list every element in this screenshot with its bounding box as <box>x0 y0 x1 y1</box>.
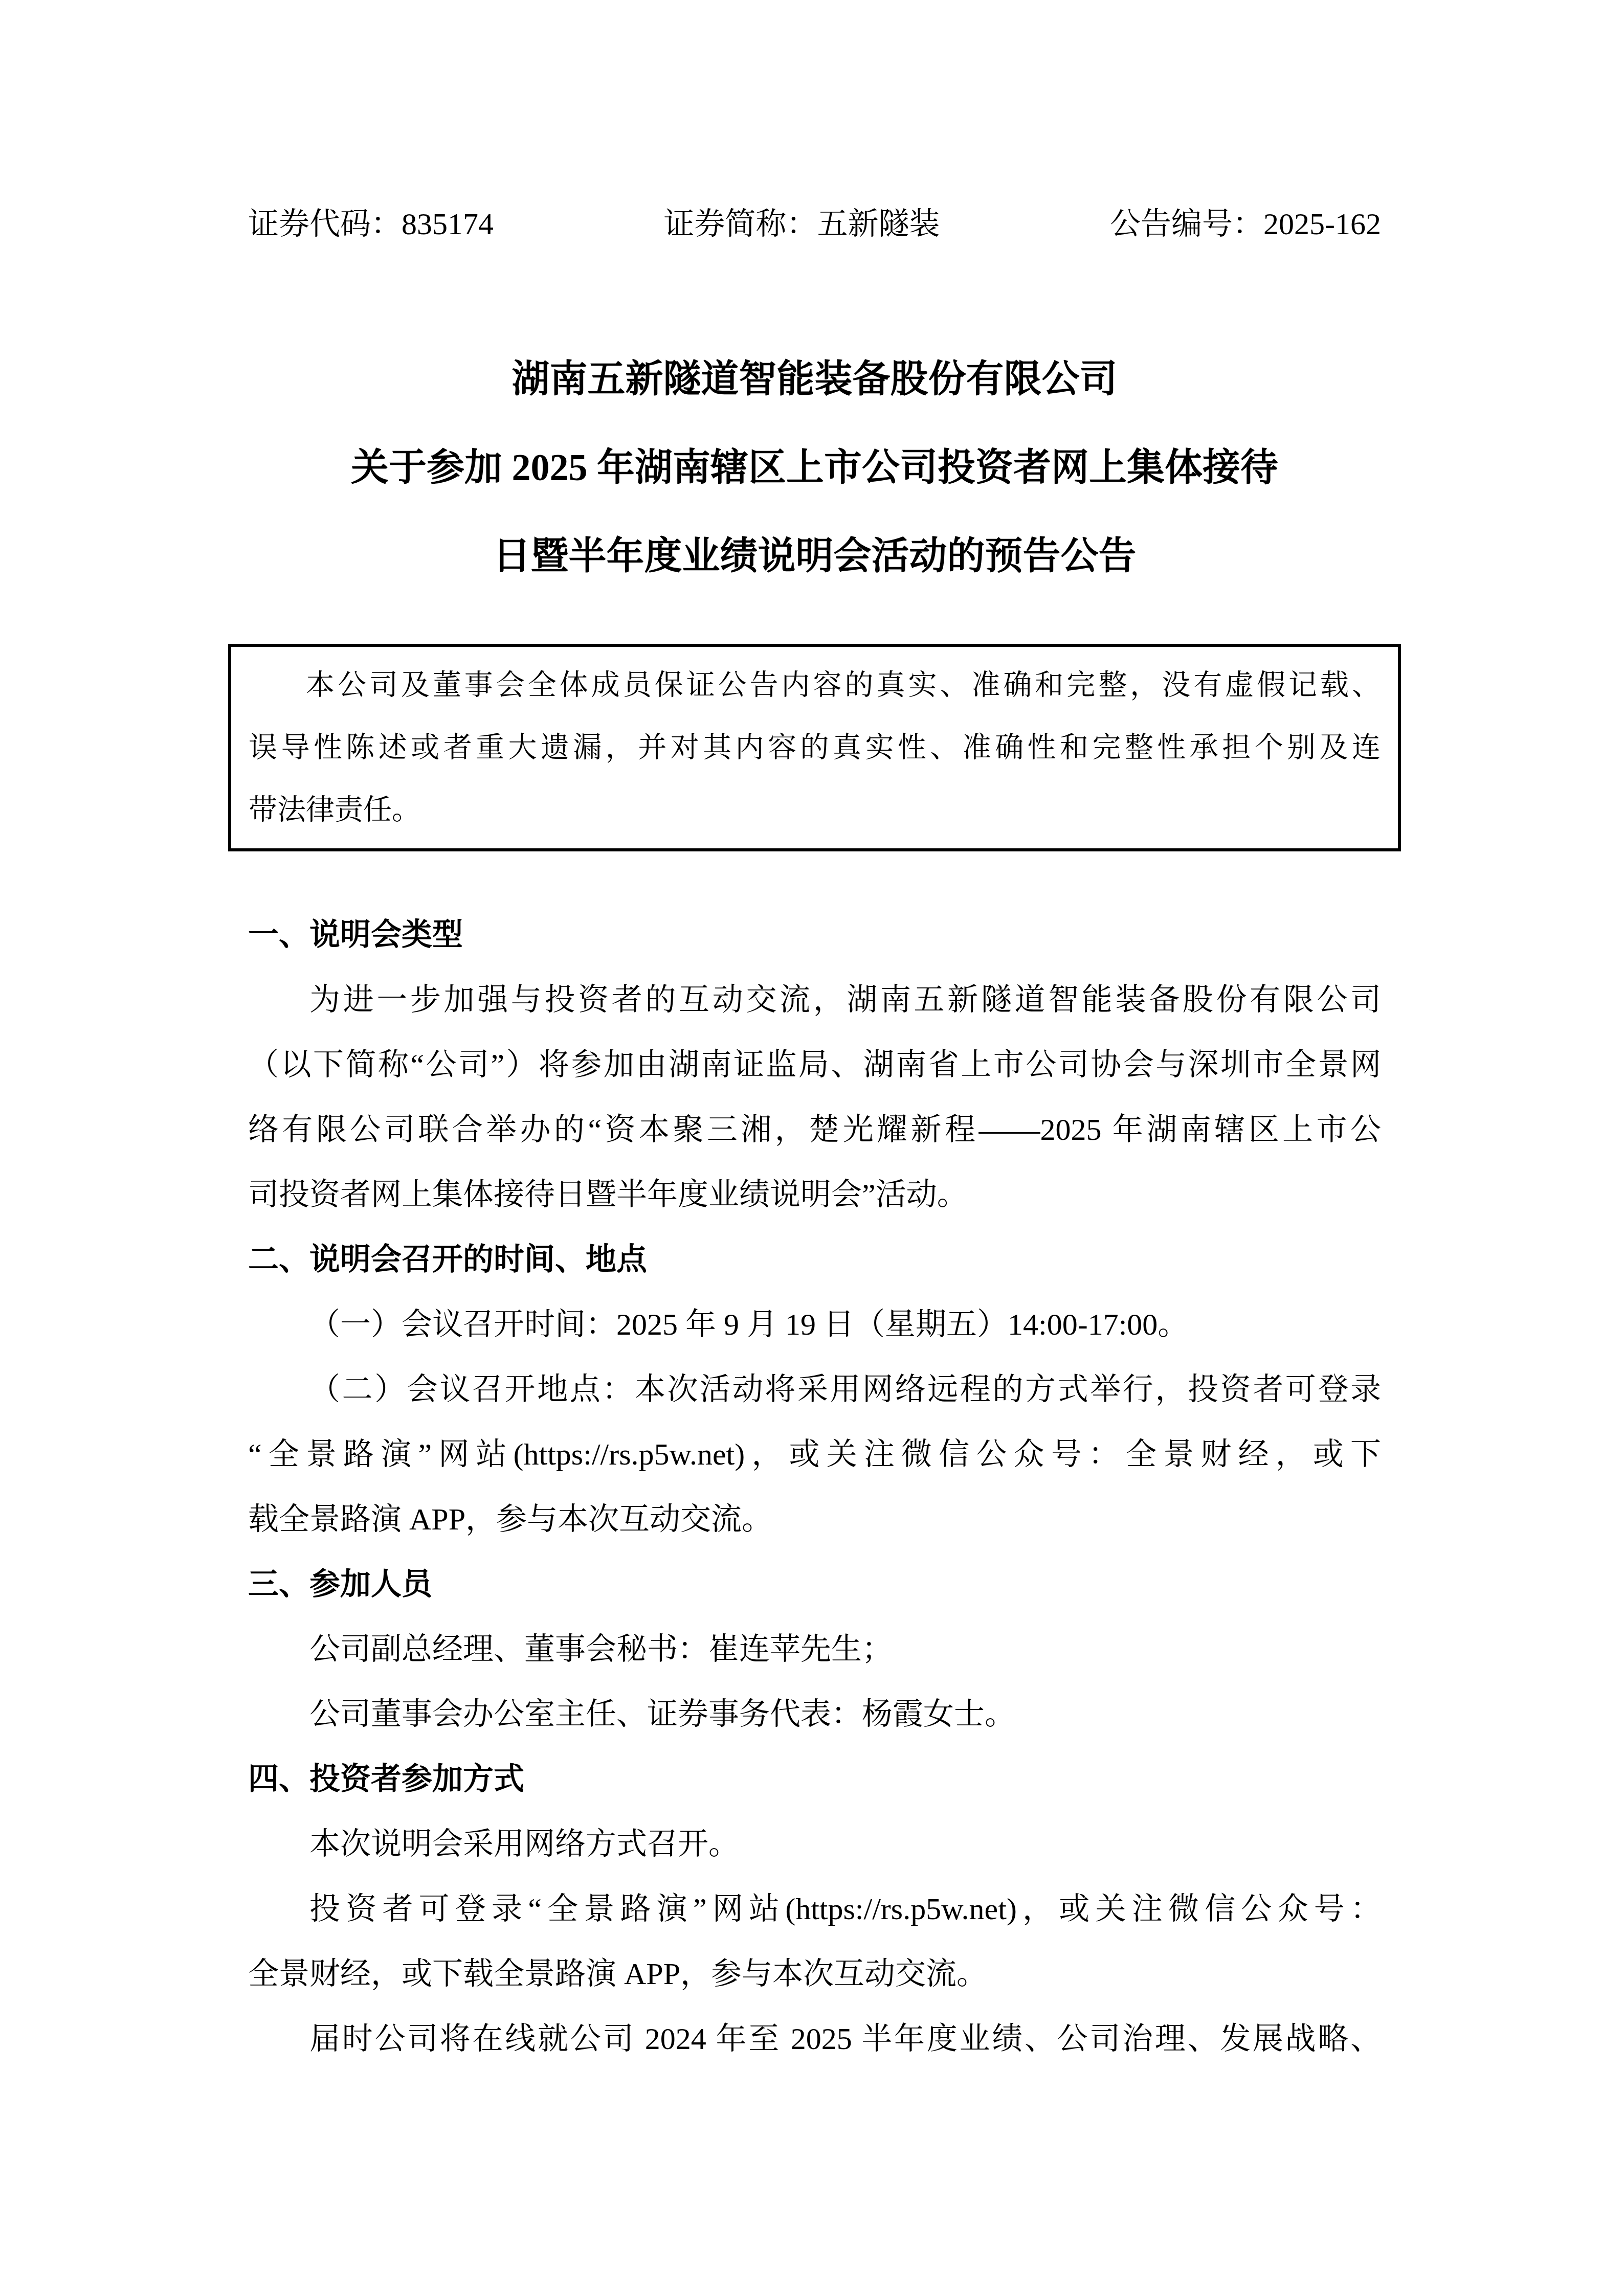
notice-box-line: 本公司及董事会全体成员保证公告内容的真实、准确和完整，没有虚假记载、 <box>249 654 1381 716</box>
document-header: 证券代码：835174 证券简称：五新隧装 公告编号：2025-162 <box>248 200 1381 247</box>
title-line: 关于参加 2025 年湖南辖区上市公司投资者网上集体接待 <box>248 424 1381 512</box>
notice-box-line: 带法律责任。 <box>249 779 1381 841</box>
body-line: 公司副总经理、董事会秘书：崔连苹先生； <box>248 1617 1381 1682</box>
body-line: 届时公司将在线就公司 2024 年至 2025 半年度业绩、公司治理、发展战略、 <box>248 2007 1381 2072</box>
body-line: （以下简称“公司”）将参加由湖南证监局、湖南省上市公司协会与深圳市全景网 <box>248 1032 1381 1097</box>
body-line: “全景路演”网站(https://rs.p5w.net)，或关注微信公众号：全景… <box>248 1422 1381 1487</box>
body-line: 为进一步加强与投资者的互动交流，湖南五新隧道智能装备股份有限公司 <box>248 967 1381 1032</box>
document-content: 证券代码：835174 证券简称：五新隧装 公告编号：2025-162 湖南五新… <box>248 0 1381 2072</box>
body-line: 全景财经，或下载全景路演 APP，参与本次互动交流。 <box>248 1942 1381 2007</box>
title-line: 日暨半年度业绩说明会活动的预告公告 <box>248 512 1381 601</box>
title-line: 湖南五新隧道智能装备股份有限公司 <box>248 335 1381 424</box>
document-page: 证券代码：835174 证券简称：五新隧装 公告编号：2025-162 湖南五新… <box>0 0 1624 2296</box>
body-line: （二）会议召开地点：本次活动将采用网络远程的方式举行，投资者可登录 <box>248 1357 1381 1422</box>
section-heading: 二、说明会召开的时间、地点 <box>248 1227 1381 1292</box>
stock-code: 证券代码：835174 <box>248 200 494 247</box>
body-line: 公司董事会办公室主任、证券事务代表：杨霞女士。 <box>248 1682 1381 1747</box>
body-line: 司投资者网上集体接待日暨半年度业绩说明会”活动。 <box>248 1162 1381 1227</box>
notice-box-line: 误导性陈述或者重大遗漏，并对其内容的真实性、准确性和完整性承担个别及连 <box>249 716 1381 779</box>
announcement-number: 公告编号：2025-162 <box>1110 200 1381 247</box>
body-line: 本次说明会采用网络方式召开。 <box>248 1812 1381 1877</box>
section-heading: 三、参加人员 <box>248 1552 1381 1617</box>
document-title: 湖南五新隧道智能装备股份有限公司 关于参加 2025 年湖南辖区上市公司投资者网… <box>248 335 1381 601</box>
body-line: 投资者可登录“全景路演”网站(https://rs.p5w.net)，或关注微信… <box>248 1877 1381 1942</box>
document-body: 一、说明会类型为进一步加强与投资者的互动交流，湖南五新隧道智能装备股份有限公司（… <box>248 903 1381 2072</box>
section-heading: 四、投资者参加方式 <box>248 1747 1381 1812</box>
body-line: 络有限公司联合举办的“资本聚三湘，楚光耀新程——2025 年湖南辖区上市公 <box>248 1097 1381 1162</box>
body-line: 载全景路演 APP，参与本次互动交流。 <box>248 1487 1381 1552</box>
body-line: （一）会议召开时间：2025 年 9 月 19 日（星期五）14:00-17:0… <box>248 1292 1381 1357</box>
notice-box: 本公司及董事会全体成员保证公告内容的真实、准确和完整，没有虚假记载、误导性陈述或… <box>228 644 1401 851</box>
section-heading: 一、说明会类型 <box>248 903 1381 967</box>
stock-name: 证券简称：五新隧装 <box>664 200 940 247</box>
